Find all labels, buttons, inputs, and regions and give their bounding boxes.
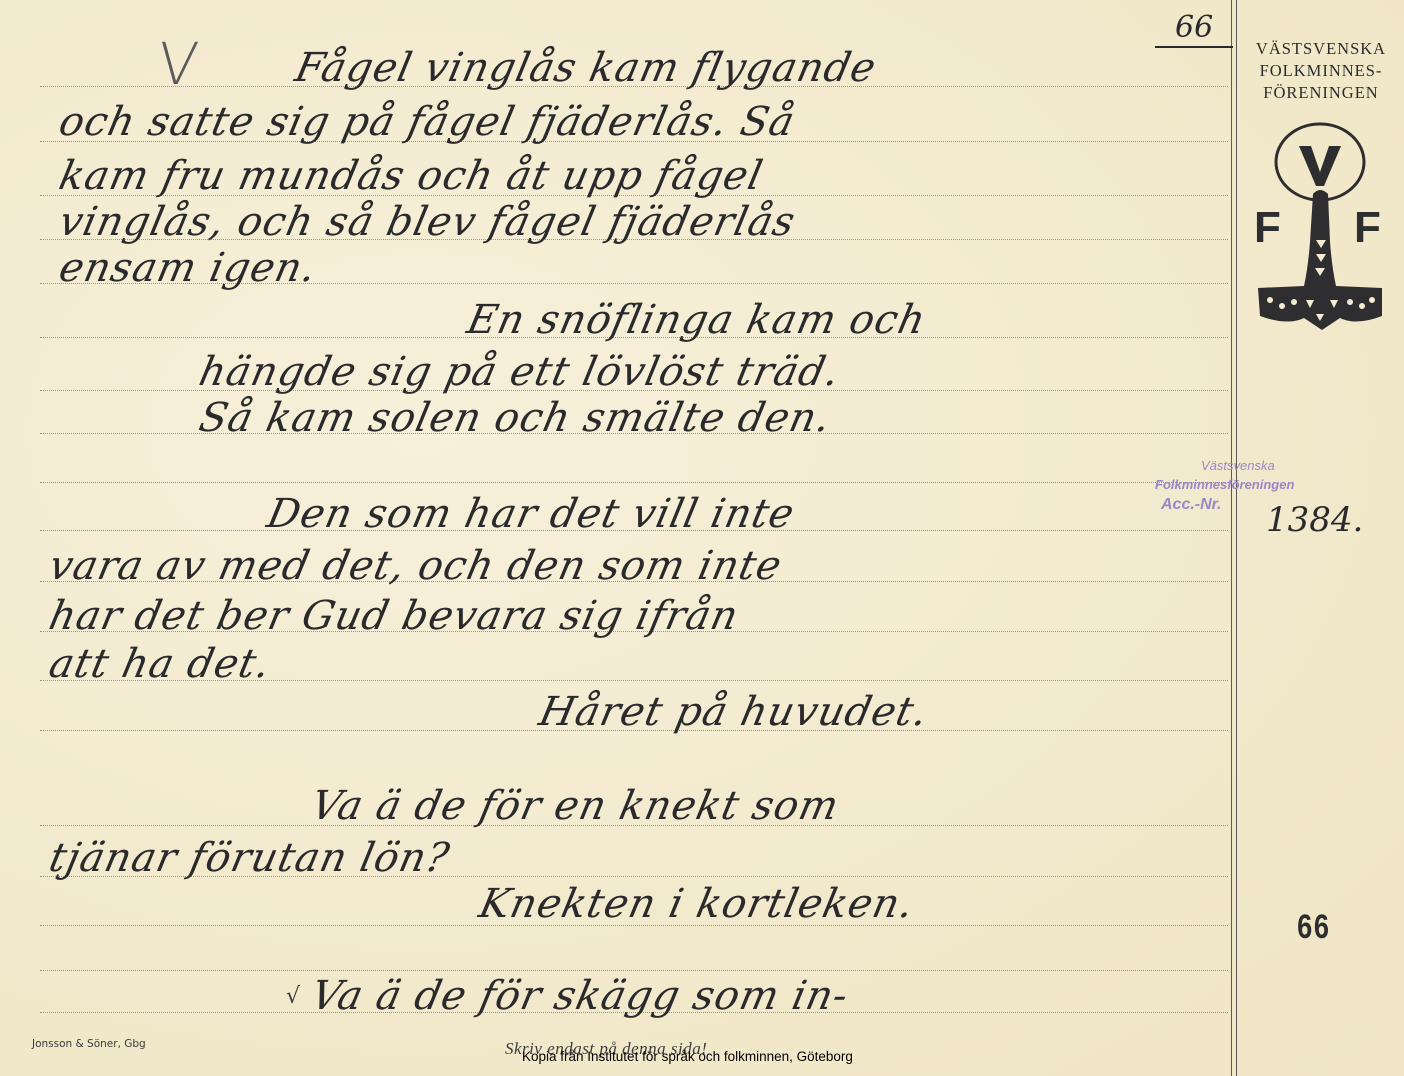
handwritten-line: vara av med det, och den som inte xyxy=(46,546,786,586)
handwritten-page-number: 66 xyxy=(1175,10,1213,45)
org-line: FÖRENINGEN xyxy=(1251,82,1391,104)
handwritten-line: att ha det. xyxy=(46,644,275,684)
organization-heading: VÄSTSVENSKA FOLKMINNES- FÖRENINGEN xyxy=(1251,38,1391,104)
accession-number: 1384. xyxy=(1266,500,1363,540)
handwritten-line: Håret på huvudet. xyxy=(536,692,932,732)
margin-line xyxy=(1231,0,1232,1076)
check-mark-icon: √ xyxy=(286,984,300,1009)
page-number-underline xyxy=(1155,46,1233,48)
handwritten-line: Knekten i kortleken. xyxy=(476,884,918,924)
handwritten-line: hängde sig på ett lövlöst träd. xyxy=(196,352,844,392)
handwritten-line: vinglås, och så blev fågel fjäderlås xyxy=(56,202,799,242)
ruled-line xyxy=(40,482,1228,483)
logo-letter-left: F xyxy=(1254,203,1281,252)
printed-page-number: 66 xyxy=(1297,908,1330,947)
manuscript-page: 66 VÄSTSVENSKA FOLKMINNES- FÖRENINGEN F … xyxy=(0,0,1404,1076)
archive-watermark: Kopia från Institutet för språk och folk… xyxy=(522,1049,853,1064)
printer-imprint: Jonsson & Söner, Gbg xyxy=(32,1038,146,1050)
handwritten-line: Va ä de för en knekt som xyxy=(308,786,843,826)
handwritten-line: Så kam solen och smälte den. xyxy=(196,398,835,438)
stamp-line: Folkminnesföreningen xyxy=(1155,477,1294,492)
handwritten-line: tjänar förutan lön? xyxy=(46,838,454,878)
logo-letter-right: F xyxy=(1354,203,1381,252)
handwritten-line: Den som har det vill inte xyxy=(264,494,798,534)
org-line: VÄSTSVENSKA xyxy=(1251,38,1391,60)
org-line: FOLKMINNES- xyxy=(1251,60,1391,82)
handwritten-line: ensam igen. xyxy=(56,248,321,288)
handwritten-line: och satte sig på fågel fjäderlås. Så xyxy=(56,102,799,142)
check-mark-icon: V xyxy=(154,30,201,98)
thors-hammer-logo-icon: F F xyxy=(1246,118,1394,330)
handwritten-line: har det ber Gud bevara sig ifrån xyxy=(46,596,743,636)
vff-logo: F F xyxy=(1246,118,1394,330)
handwritten-line: Fågel vinglås kam flygande xyxy=(292,48,880,88)
handwritten-line: Va ä de för skägg som in- xyxy=(308,976,852,1016)
stamp-line: Västsvenska xyxy=(1201,458,1294,473)
handwritten-line: En snöflinga kam och xyxy=(464,300,930,340)
ruled-line xyxy=(40,970,1228,971)
handwritten-line: kam fru mundås och åt upp fågel xyxy=(56,156,767,196)
margin-line xyxy=(1236,0,1237,1076)
